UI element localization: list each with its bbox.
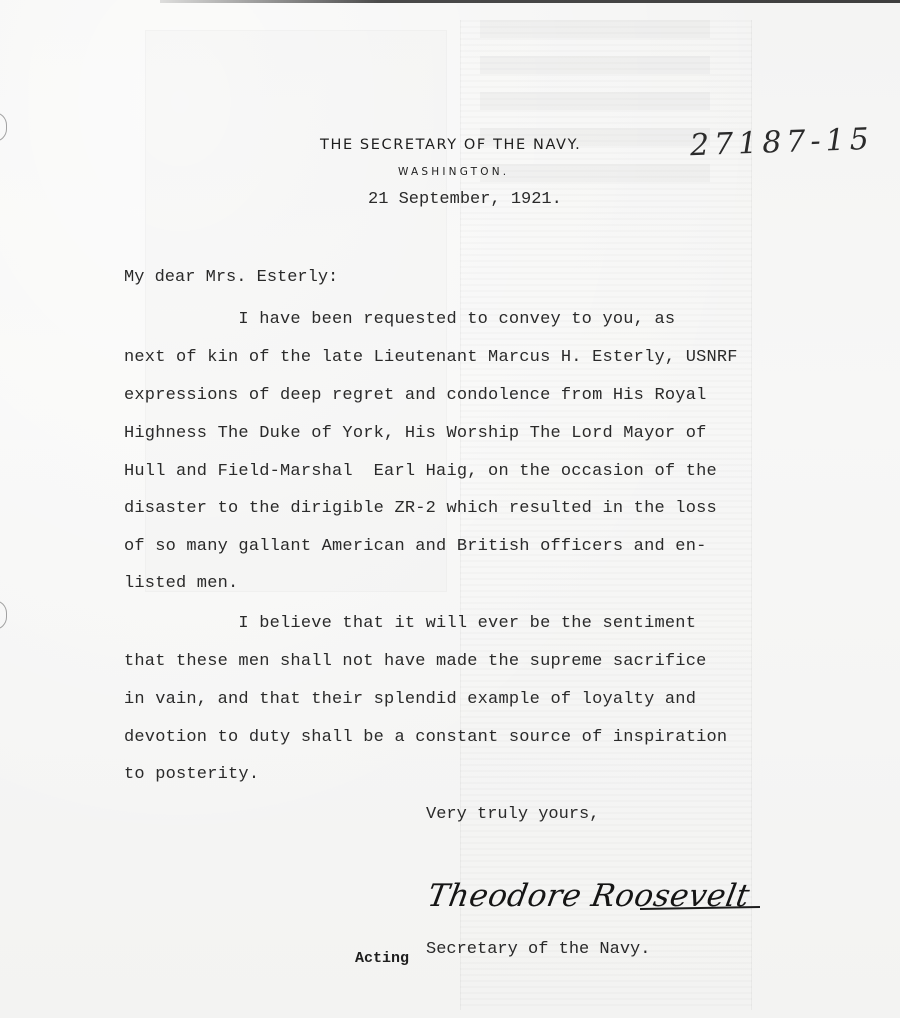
body-line: listed men.	[124, 574, 238, 593]
signature-title: Secretary of the Navy.	[426, 940, 650, 959]
closing: Very truly yours,	[426, 805, 599, 824]
body-line: I have been requested to convey to you, …	[124, 310, 675, 329]
body-line: expressions of deep regret and condolenc…	[124, 386, 707, 405]
page-top-edge-shadow	[160, 0, 900, 3]
body-line: disaster to the dirigible ZR-2 which res…	[124, 499, 717, 518]
body-line: in vain, and that their splendid example…	[124, 690, 696, 709]
body-line: next of kin of the late Lieutenant Marcu…	[124, 348, 738, 367]
body-line: I believe that it will ever be the senti…	[124, 614, 696, 633]
letter-page: THE SECRETARY OF THE NAVY. WASHINGTON. 2…	[0, 0, 900, 1018]
bleed-through-headline	[480, 20, 710, 190]
body-line: devotion to duty shall be a constant sou…	[124, 728, 727, 747]
letter-date: 21 September, 1921.	[368, 190, 562, 209]
punch-hole-mark-bottom	[0, 600, 7, 630]
punch-hole-mark-top	[0, 112, 7, 142]
letterhead-title: THE SECRETARY OF THE NAVY.	[320, 137, 581, 153]
salutation: My dear Mrs. Esterly:	[124, 268, 338, 287]
signature-title-prefix: Acting	[355, 950, 409, 967]
body-line: that these men shall not have made the s…	[124, 652, 707, 671]
body-line: Highness The Duke of York, His Worship T…	[124, 424, 707, 443]
handwritten-file-number: 27187-15	[689, 122, 874, 163]
body-line: to posterity.	[124, 765, 259, 784]
letterhead-city: WASHINGTON.	[398, 166, 509, 178]
body-line: Hull and Field-Marshal Earl Haig, on the…	[124, 462, 717, 481]
body-line: of so many gallant American and British …	[124, 537, 707, 556]
